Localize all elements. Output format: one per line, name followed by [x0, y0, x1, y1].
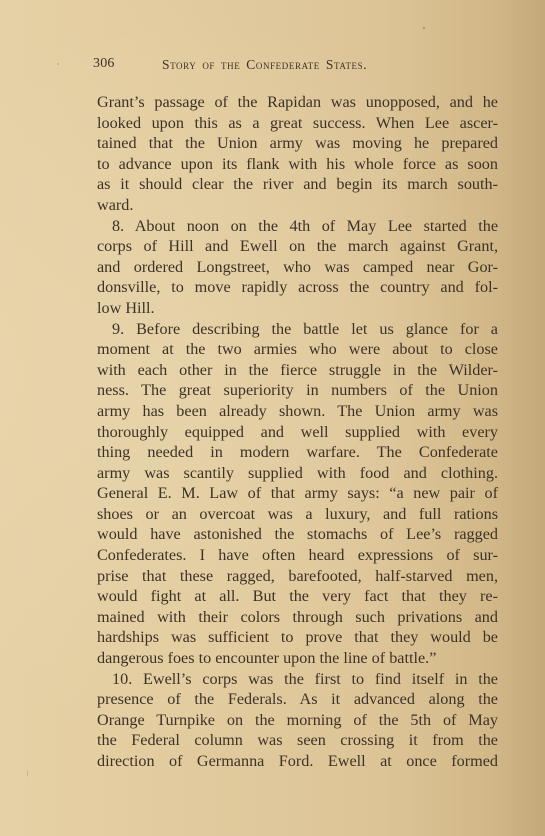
text-line: ness. The great superiority in numbers o…	[97, 380, 498, 401]
text-line: dangerous foes to encounter upon the lin…	[97, 648, 498, 669]
text-line: hardships was sufficient to prove that t…	[97, 627, 498, 648]
text-line: and ordered Longstreet, who was camped n…	[97, 257, 498, 278]
paper-speck	[27, 770, 28, 777]
text-line: ward.	[97, 195, 498, 216]
text-line: would fight at all. But the very fact th…	[97, 586, 498, 607]
text-line: thing needed in modern warfare. The Conf…	[97, 442, 498, 463]
text-line: army was scantily supplied with food and…	[97, 463, 498, 484]
text-line: tained that the Union army was moving he…	[97, 133, 498, 154]
text-line: 10. Ewell’s corps was the first to find …	[97, 669, 498, 690]
text-line: General E. M. Law of that army says: “a …	[97, 483, 498, 504]
text-line: thoroughly equipped and well supplied wi…	[97, 422, 498, 443]
text-line: 9. Before describing the battle let us g…	[97, 319, 498, 340]
text-line: corps of Hill and Ewell on the march aga…	[97, 236, 498, 257]
running-header: 306 Story of the Confederate States.	[93, 56, 503, 76]
text-line: mained with their colors through such pr…	[97, 607, 498, 628]
text-line: would have astonished the stomachs of Le…	[97, 524, 498, 545]
paragraph-p7-cont: Grant’s passage of the Rapidan was unopp…	[97, 92, 498, 216]
text-line: looked upon this as a great success. Whe…	[97, 113, 498, 134]
text-line: with each other in the fierce struggle i…	[97, 360, 498, 381]
text-line: moment at the two armies who were about …	[97, 339, 498, 360]
paragraph-p9: 9. Before describing the battle let us g…	[97, 319, 498, 669]
paragraph-p8: 8. About noon on the 4th of May Lee star…	[97, 216, 498, 319]
text-line: the Federal column was seen crossing it …	[97, 730, 498, 751]
text-line: direction of Germanna Ford. Ewell at onc…	[97, 751, 498, 772]
text-line: 8. About noon on the 4th of May Lee star…	[97, 216, 498, 237]
text-line: Grant’s passage of the Rapidan was unopp…	[97, 92, 498, 113]
paragraph-p10: 10. Ewell’s corps was the first to find …	[97, 669, 498, 772]
paper-speck	[57, 63, 59, 65]
body-text: Grant’s passage of the Rapidan was unopp…	[97, 92, 498, 772]
text-line: low Hill.	[97, 298, 498, 319]
running-title: Story of the Confederate States.	[162, 57, 367, 73]
text-line: Orange Turnpike on the morning of the 5t…	[97, 710, 498, 731]
text-line: presence of the Federals. As it advanced…	[97, 689, 498, 710]
text-line: Confederates. I have often heard express…	[97, 545, 498, 566]
text-line: army has been already shown. The Union a…	[97, 401, 498, 422]
text-line: shoes or an overcoat was a luxury, and f…	[97, 504, 498, 525]
page-number: 306	[93, 56, 115, 72]
book-page: 306 Story of the Confederate States. Gra…	[0, 0, 545, 836]
text-line: prise that these ragged, barefooted, hal…	[97, 566, 498, 587]
text-line: donsville, to move rapidly across the co…	[97, 277, 498, 298]
text-line: to advance upon its flank with his whole…	[97, 154, 498, 175]
text-line: as it should clear the river and begin i…	[97, 174, 498, 195]
paper-speck	[423, 27, 425, 29]
